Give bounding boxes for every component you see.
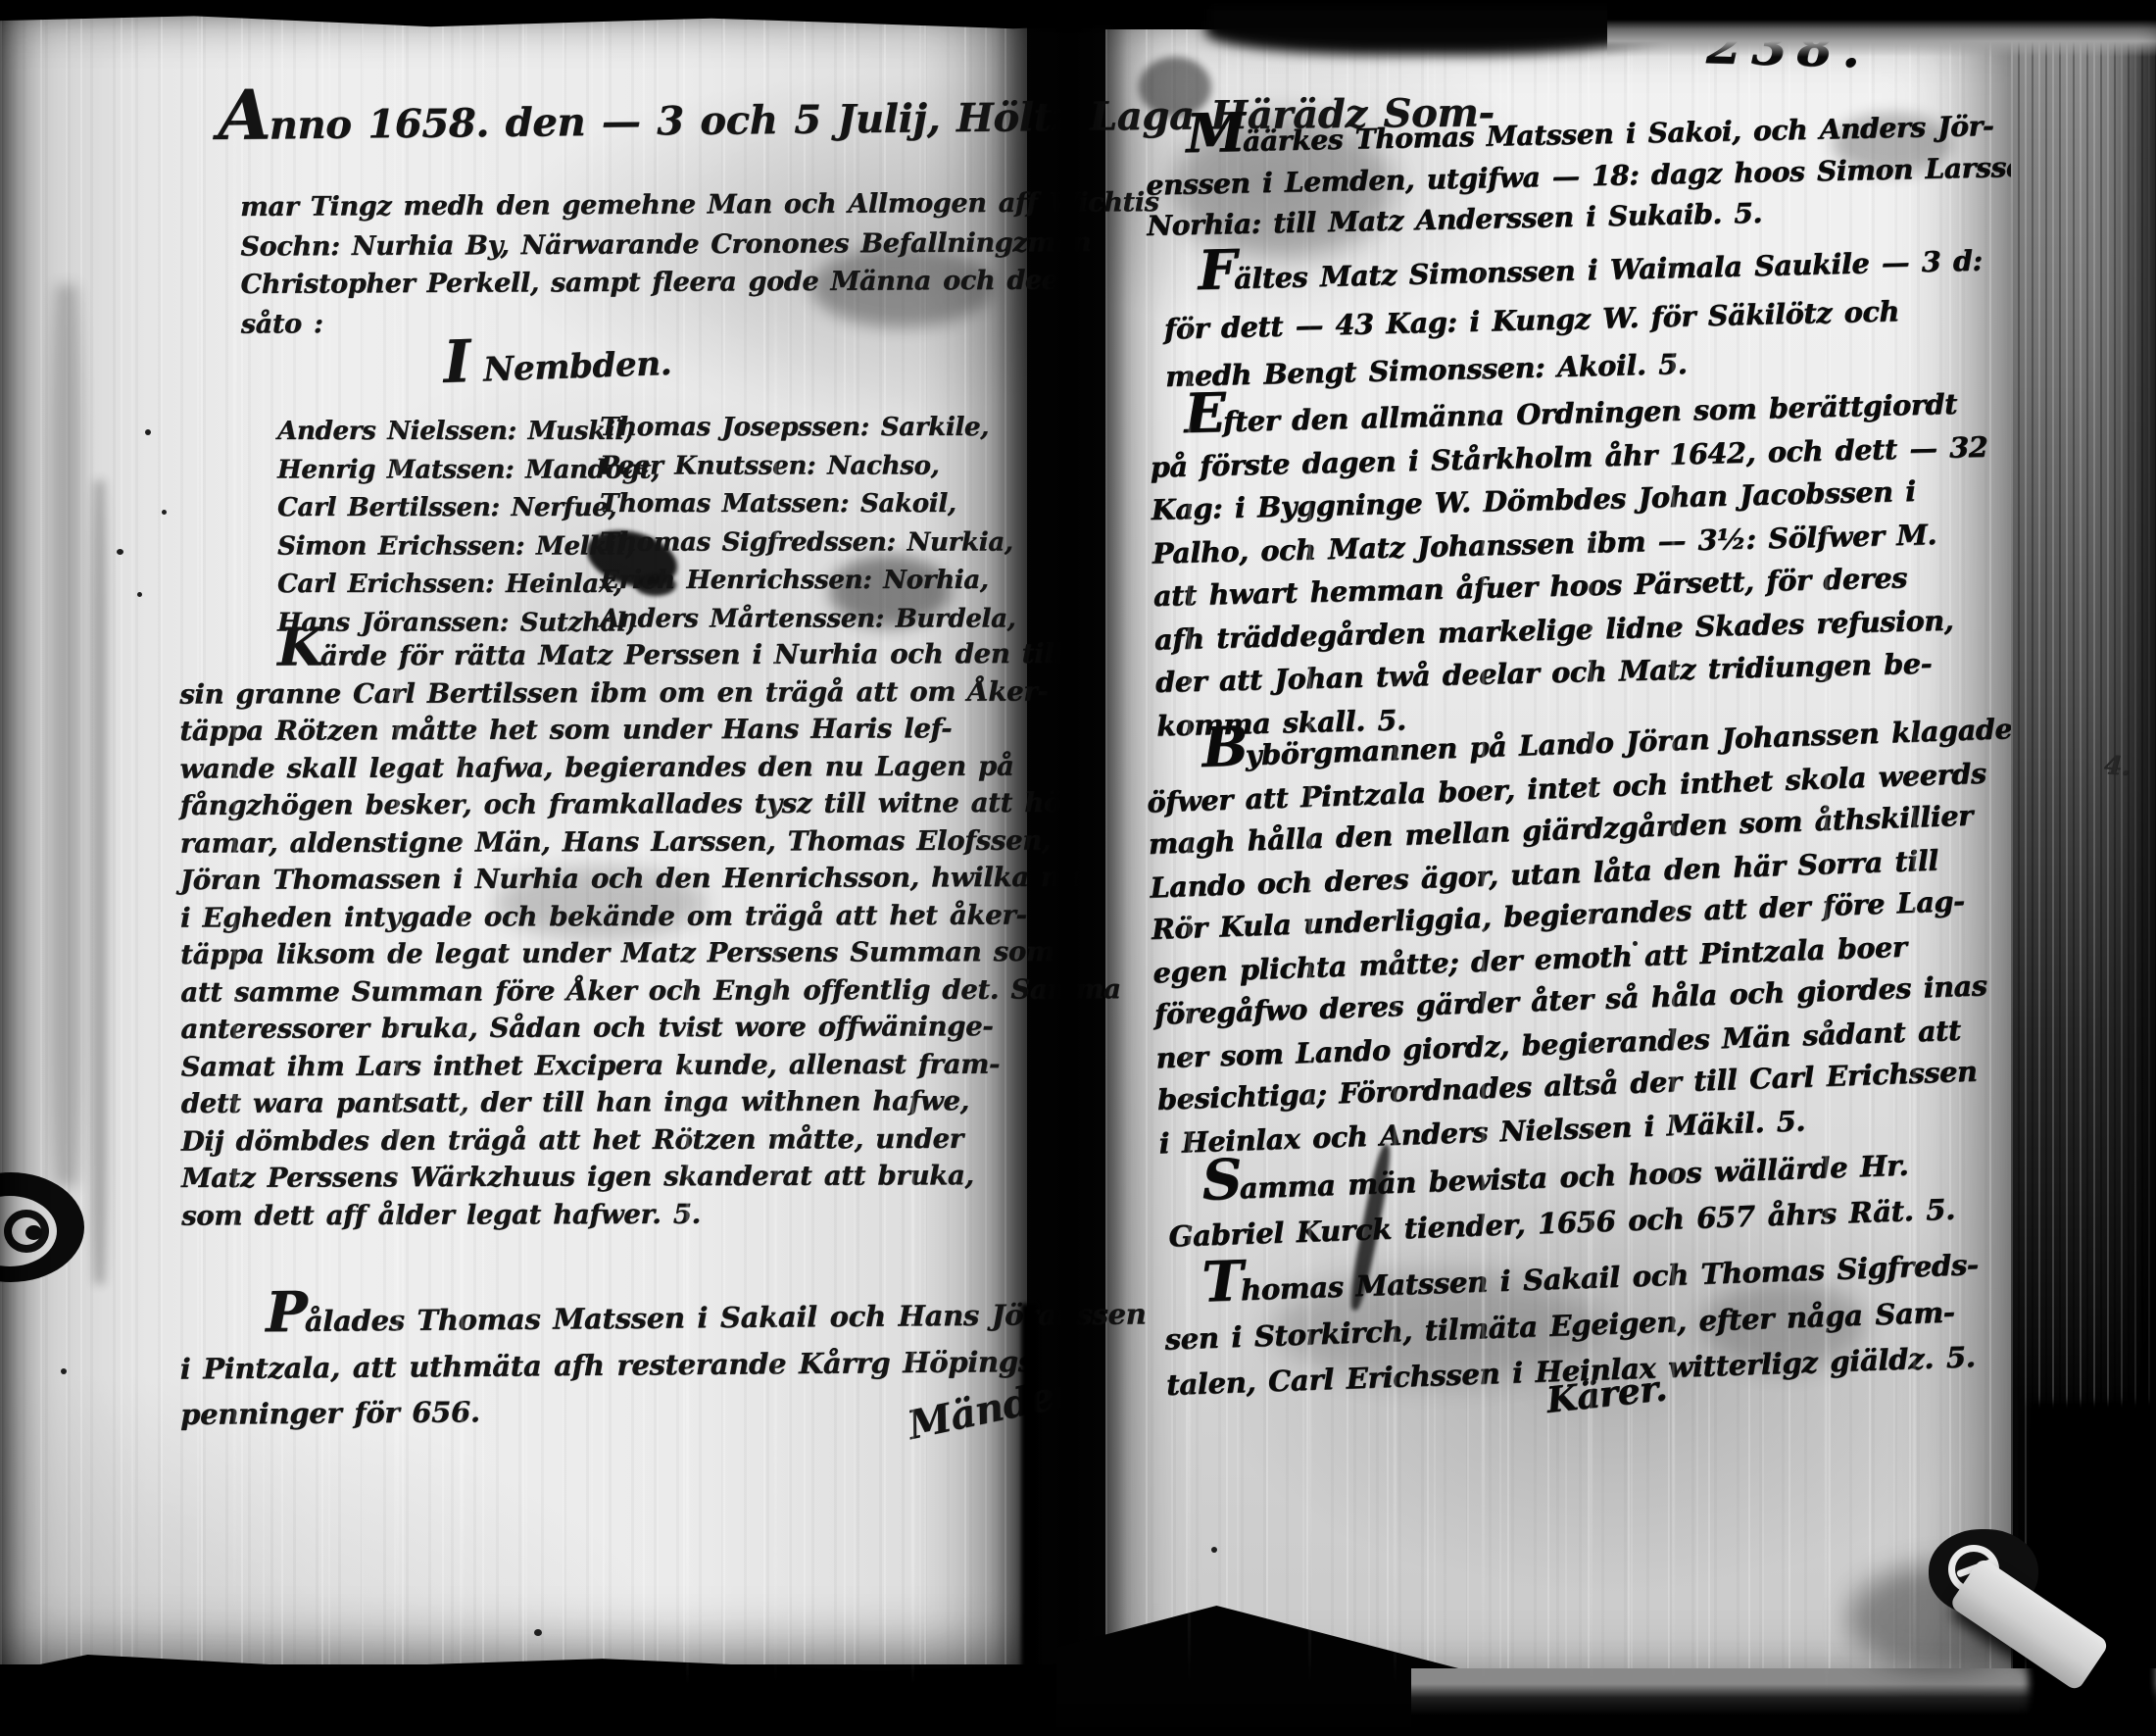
photo-scratch (686, 882, 689, 1686)
manuscript-line: dett wara pantsatt, der till han inga wi… (181, 1082, 1121, 1122)
manuscript-line: täppa Rötzen måtte het som under Hans Ha… (179, 710, 1119, 750)
court-entry-paragraph: Efter den allmänna Ordningen som berättg… (1149, 381, 1994, 747)
photo-scratch (1672, 157, 1675, 1686)
manuscript-line: Kärde för rätta Matz Perssen i Nurhia oc… (179, 632, 1119, 675)
photo-scratch (1913, 686, 1916, 1676)
manuscript-line: Peer Knutssen: Nachso, (600, 448, 1015, 486)
ink-speck (137, 592, 142, 597)
top-right-page-edges (1607, 0, 2156, 57)
bottom-edge-shadow-left (0, 1655, 1096, 1736)
photo-scratch (1394, 588, 1396, 1686)
ink-speck (145, 429, 151, 435)
edge-margin-mark: 4. (2103, 751, 2131, 782)
ink-speck (1211, 1547, 1217, 1553)
manuscript-line: Samat ihm Lars inthet Excipera kunde, al… (180, 1045, 1120, 1085)
photo-scratch (1308, 294, 1311, 1686)
photo-scratch (396, 294, 399, 1666)
court-entry-paragraph: Määrkes Thomas Matssen i Sakoi, och Ande… (1145, 103, 2053, 247)
photo-scratch (233, 59, 236, 1627)
gutter-shadow (994, 0, 1129, 1736)
manuscript-line: sin granne Carl Bertilssen ibm om en trä… (179, 672, 1119, 713)
photo-scratch (461, 686, 464, 1666)
margin-shade (51, 284, 82, 1186)
manuscript-photo: Anno 1658. den — 3 och 5 Julij, Höltz La… (0, 0, 2156, 1736)
bottom-right-dark-corner (2029, 1402, 2156, 1736)
photo-scratch (911, 980, 914, 1686)
margin-shade (92, 480, 107, 1284)
manuscript-line: anteressorer bruka, Sådan och tvist wore… (180, 1008, 1120, 1048)
ink-speck (61, 1368, 67, 1374)
court-entry-paragraph: Fältes Matz Simonssen i Waimala Saukile … (1162, 237, 1985, 401)
photo-scratch (1482, 196, 1485, 1686)
court-entry-paragraph: Bybörgmannen på Lando Jöran Johanssen kl… (1145, 707, 2027, 1165)
photo-scratch (1188, 118, 1191, 1686)
manuscript-line: täppa liksom de legat under Matz Perssen… (180, 933, 1120, 973)
ink-speck (162, 510, 167, 515)
photo-scratch (774, 196, 777, 1686)
manuscript-line: Thomas Josepssen: Sarkile, (600, 409, 1015, 447)
manuscript-line: ramar, aldenstigne Män, Hans Larssen, Th… (180, 821, 1120, 862)
manuscript-line: Matz Perssens Wärkzhuus igen skanderat a… (181, 1157, 1121, 1197)
manuscript-line: Jöran Thomassen i Nurhia och den Henrich… (180, 859, 1120, 899)
manuscript-line: Erich Henrichssen: Norhia, (600, 562, 1015, 600)
manuscript-line: Thomas Sigfredssen: Nurkia, (600, 524, 1015, 563)
ink-speck (117, 549, 123, 555)
left-clasp-rivet (25, 1225, 42, 1240)
jury-list-right-column: Thomas Josepssen: Sarkile,Peer Knutssen:… (600, 409, 1015, 638)
photo-scratch (1590, 412, 1592, 1686)
ink-speck (534, 1629, 542, 1636)
manuscript-line: i Egheden intygade och bekände om trägå … (180, 896, 1120, 936)
manuscript-line: som dett aff ålder legat hafwer. 5. (181, 1194, 1121, 1234)
top-edge-blob (1205, 0, 1666, 55)
photo-scratch (1825, 294, 1828, 1696)
manuscript-line: Thomas Matssen: Sakoil, (600, 485, 1015, 523)
manuscript-line: fångzhögen besker, och framkallades tysz… (180, 784, 1120, 824)
manuscript-line: wande skall legat hafwa, begierandes den… (179, 747, 1119, 787)
court-entry-paragraph: Kärde för rätta Matz Perssen i Nurhia oc… (179, 632, 1121, 1234)
manuscript-line: Dij dömbdes den trägå att het Rötzen måt… (181, 1119, 1121, 1160)
manuscript-line: att samme Summan före Åker och Engh offe… (180, 970, 1120, 1011)
jury-section-heading: I Nembden. (443, 341, 672, 391)
